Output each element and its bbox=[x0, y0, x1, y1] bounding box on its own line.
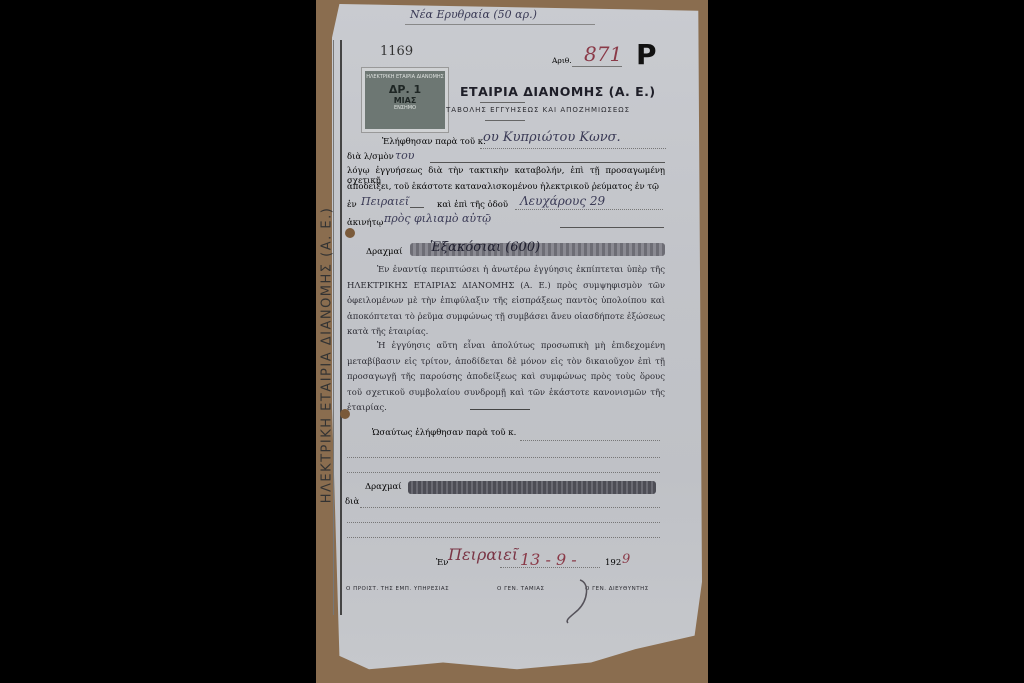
dia-label: διὰ bbox=[345, 497, 359, 507]
number-label: Αριθ. bbox=[552, 56, 572, 65]
received-from-value: ου Κυπριώτου Κωνσ. bbox=[483, 130, 621, 145]
year-prefix: 192 bbox=[605, 558, 621, 568]
location-value: Πειραιεῖ bbox=[361, 195, 409, 208]
year-suffix: 9 bbox=[622, 552, 630, 567]
drachmas-label: Δραχμαί bbox=[366, 247, 403, 257]
also-received-line bbox=[520, 440, 660, 441]
location-label: ἐν bbox=[347, 200, 357, 210]
street-line bbox=[515, 209, 663, 210]
blank-line bbox=[347, 537, 660, 538]
tenant-value: πρὸς φιλιαμὸ αὐτῷ bbox=[384, 212, 491, 225]
date-prefix: Ἐν bbox=[436, 558, 448, 568]
blank-line bbox=[347, 522, 660, 523]
stamp-words: ΜΙΑΣ bbox=[365, 96, 445, 105]
letter-mark: P bbox=[636, 38, 657, 71]
subtitle: ΤΑΒΟΛΗΣ ΕΓΓΥΗΣΕΩΣ ΚΑΙ ΑΠΟΖΗΜΙΩΣΕΩΣ bbox=[446, 106, 630, 114]
frame-line-inner bbox=[340, 40, 342, 615]
also-received-label: Ὡσαύτως ἐλήφθησαν παρὰ τοῦ κ. bbox=[372, 428, 516, 438]
dia-line bbox=[360, 507, 660, 508]
tenant-line bbox=[560, 227, 664, 228]
section-divider bbox=[470, 409, 530, 410]
company-title: ΕΤΑΙΡΙΑ ΔΙΑΝΟΜΗΣ (Α. Ε.) bbox=[460, 84, 656, 99]
drachmas2-cancelled-field bbox=[408, 481, 656, 494]
tenant-label: ἀκινήτῳ bbox=[347, 218, 383, 228]
drachmas2-label: Δραχμαί bbox=[365, 482, 402, 492]
guarantee-line-2: ἀποδείξει, τοῦ ἑκάστοτε καταναλισκομένου… bbox=[347, 182, 665, 192]
account-value: του bbox=[395, 149, 414, 162]
title-rule bbox=[480, 102, 525, 103]
terms-paragraph-2: Ἡ ἐγγύησις αὕτη εἶναι ἀπολύτως προσωπικὴ… bbox=[347, 339, 665, 417]
street-label: καὶ ἐπὶ τῆς ὁδοῦ bbox=[437, 200, 508, 210]
punch-hole bbox=[345, 228, 355, 238]
blank-line bbox=[347, 472, 660, 473]
location-line bbox=[410, 207, 424, 208]
stamp-bottom-text: ΕΝΣΗΜΟ bbox=[365, 105, 445, 111]
serial-number: 1169 bbox=[380, 44, 413, 59]
drachmas-value: Ἑξακόσιαι (600) bbox=[430, 240, 540, 255]
street-value: Λευχάρους 29 bbox=[520, 194, 605, 208]
account-line bbox=[430, 162, 665, 163]
stamp-top-text: ΗΛΕΚΤΡΙΚΗ ΕΤΑΙΡΙΑ ΔΙΑΝΟΜΗΣ bbox=[365, 74, 445, 80]
signature-label-commercial: Ο ΠΡΟΙΣΤ. ΤΗΣ ΕΜΠ. ΥΠΗΡΕΣΙΑΣ bbox=[346, 586, 449, 592]
top-note-underline bbox=[405, 24, 595, 25]
blank-line bbox=[347, 457, 660, 458]
number-underline bbox=[572, 66, 622, 67]
vertical-company-label: ΗΛΕΚΤΡΙΚΗ ΕΤΑΙΡΙΑ ΔΙΑΝΟΜΗΣ (Α. Ε.) bbox=[320, 207, 335, 504]
subtitle-rule bbox=[485, 120, 525, 121]
stamp-value: ΔΡ. 1 bbox=[365, 83, 445, 96]
received-from-label: Ἐλήφθησαν παρὰ τοῦ κ. bbox=[382, 137, 486, 147]
received-from-line bbox=[480, 148, 666, 149]
receipt-number: 871 bbox=[584, 42, 622, 66]
date-place: Πειραιεῖ bbox=[448, 545, 518, 564]
date-line bbox=[500, 567, 600, 568]
director-signature-scribble bbox=[560, 575, 600, 625]
revenue-stamp: ΗΛΕΚΤΡΙΚΗ ΕΤΑΙΡΙΑ ΔΙΑΝΟΜΗΣ ΔΡ. 1 ΜΙΑΣ ΕΝ… bbox=[362, 68, 448, 132]
top-handwritten-note: Νέα Ερυθραία (50 αρ.) bbox=[410, 8, 537, 21]
account-label: διὰ λ/σμὸν bbox=[347, 152, 394, 162]
signature-label-treasurer: Ο ΓΕΝ. ΤΑΜΙΑΣ bbox=[497, 586, 544, 592]
terms-paragraph-1: Ἐν ἐναντίᾳ περιπτώσει ἡ ἀνωτέρω ἐγγύησις… bbox=[347, 263, 665, 341]
